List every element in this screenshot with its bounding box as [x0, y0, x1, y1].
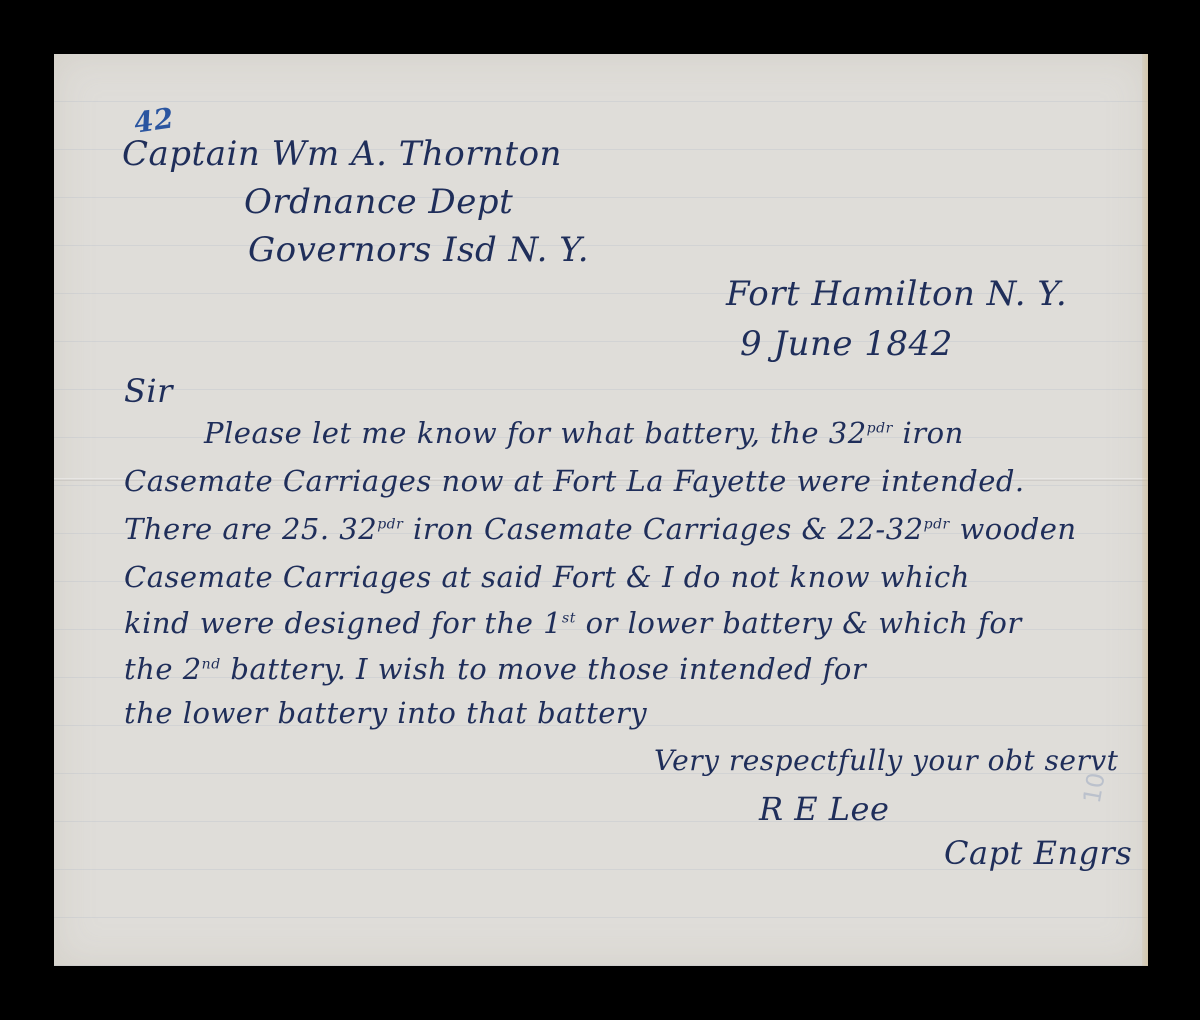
letter-paper: 42 Captain Wm A. Thornton Ordnance Dept …	[54, 54, 1148, 966]
closing: Very respectfully your obt servt	[654, 744, 1118, 777]
body-text: iron Casemate Carriages & 22-32	[403, 512, 923, 546]
body-line-7: the lower battery into that battery	[124, 696, 647, 730]
recipient-location: Governors Isd N. Y.	[248, 230, 589, 270]
superscript: st	[562, 610, 576, 626]
body-text: Please let me know for what battery, the…	[204, 416, 867, 450]
superscript: pdr	[924, 516, 950, 532]
signer-rank: Capt Engrs	[944, 834, 1132, 872]
pencil-annotation: 10	[1078, 771, 1111, 806]
letter-place: Fort Hamilton N. Y.	[726, 274, 1067, 314]
salutation: Sir	[124, 372, 173, 410]
body-text: battery. I wish to move those intended f…	[221, 652, 867, 686]
recipient-department: Ordnance Dept	[244, 182, 513, 222]
body-text: kind were designed for the 1	[124, 606, 562, 640]
body-text: There are 25. 32	[124, 512, 377, 546]
body-line-6: the 2nd battery. I wish to move those in…	[124, 652, 866, 686]
letter-date: 9 June 1842	[740, 324, 953, 364]
body-line-2: Casemate Carriages now at Fort La Fayett…	[124, 464, 1025, 498]
superscript: nd	[202, 656, 221, 672]
superscript: pdr	[377, 516, 403, 532]
body-text: the 2	[124, 652, 202, 686]
body-line-1: Please let me know for what battery, the…	[204, 416, 964, 450]
body-line-3: There are 25. 32pdr iron Casemate Carria…	[124, 512, 1077, 546]
recipient-name: Captain Wm A. Thornton	[122, 134, 562, 174]
body-text: or lower battery & which for	[576, 606, 1022, 640]
body-text: iron	[893, 416, 964, 450]
body-line-5: kind were designed for the 1st or lower …	[124, 606, 1022, 640]
signature: R E Lee	[759, 790, 889, 828]
superscript: pdr	[867, 420, 893, 436]
body-text: wooden	[950, 512, 1077, 546]
body-line-4: Casemate Carriages at said Fort & I do n…	[124, 560, 970, 594]
